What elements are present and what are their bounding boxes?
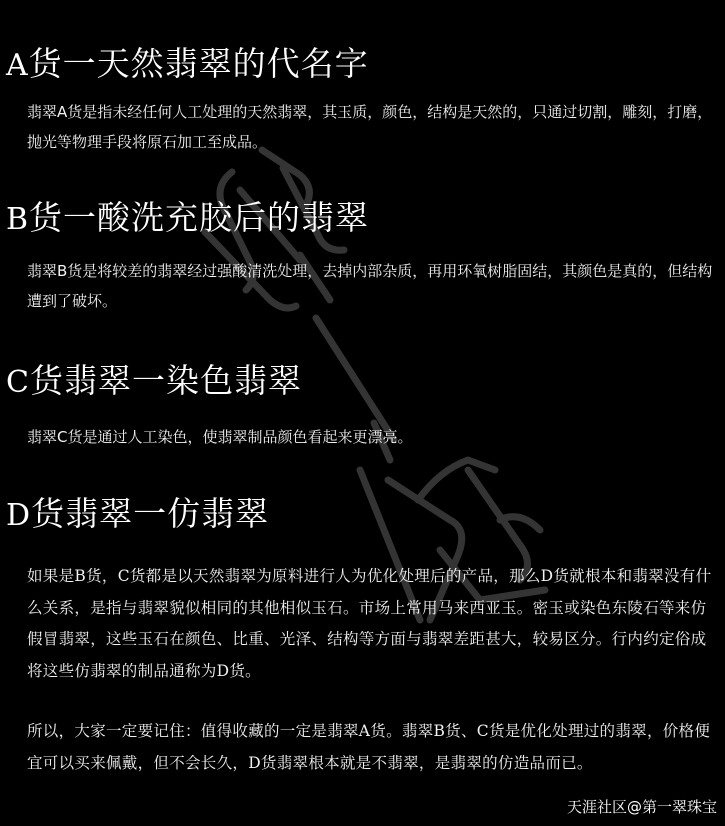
section-d-letter: D (6, 498, 31, 533)
section-b-title: B货一酸洗充胶后的翡翠 (6, 198, 369, 240)
source-credit: 天涯社区@第一翠珠宝 (567, 795, 717, 819)
section-d-paragraph: 如果是B货，C货都是以天然翡翠为原料进行人为优化处理后的产品，那么D货就根本和翡… (27, 561, 717, 687)
section-a-title: A货一天然翡翠的代名字 (6, 44, 369, 86)
section-b-letter: B (6, 202, 29, 237)
section-b-title-text: 货一酸洗充胶后的翡翠 (29, 198, 369, 237)
section-c-paragraph: 翡翠C货是通过人工染色，使翡翠制品颜色看起来更漂亮。 (27, 422, 717, 452)
section-c-title-text: 货翡翠一染色翡翠 (30, 361, 302, 400)
section-a-letter: A (6, 48, 29, 83)
section-a-paragraph: 翡翠A货是指未经任何人工处理的天然翡翠，其玉质，颜色，结构是天然的，只通过切割，… (27, 97, 717, 157)
section-c-title: C货翡翠一染色翡翠 (6, 361, 302, 403)
section-a-title-text: 货一天然翡翠的代名字 (29, 44, 369, 83)
section-d-title: D货翡翠一仿翡翠 (6, 494, 269, 536)
conclusion-paragraph: 所以，大家一定要记住：值得收藏的一定是翡翠A货。翡翠B货、C货是优化处理过的翡翠… (27, 716, 717, 779)
section-d-title-text: 货翡翠一仿翡翠 (31, 494, 269, 533)
section-b-paragraph: 翡翠B货是将较差的翡翠经过强酸清洗处理，去掉内部杂质，再用环氧树脂固结，其颜色是… (27, 256, 717, 316)
section-c-letter: C (6, 365, 30, 400)
